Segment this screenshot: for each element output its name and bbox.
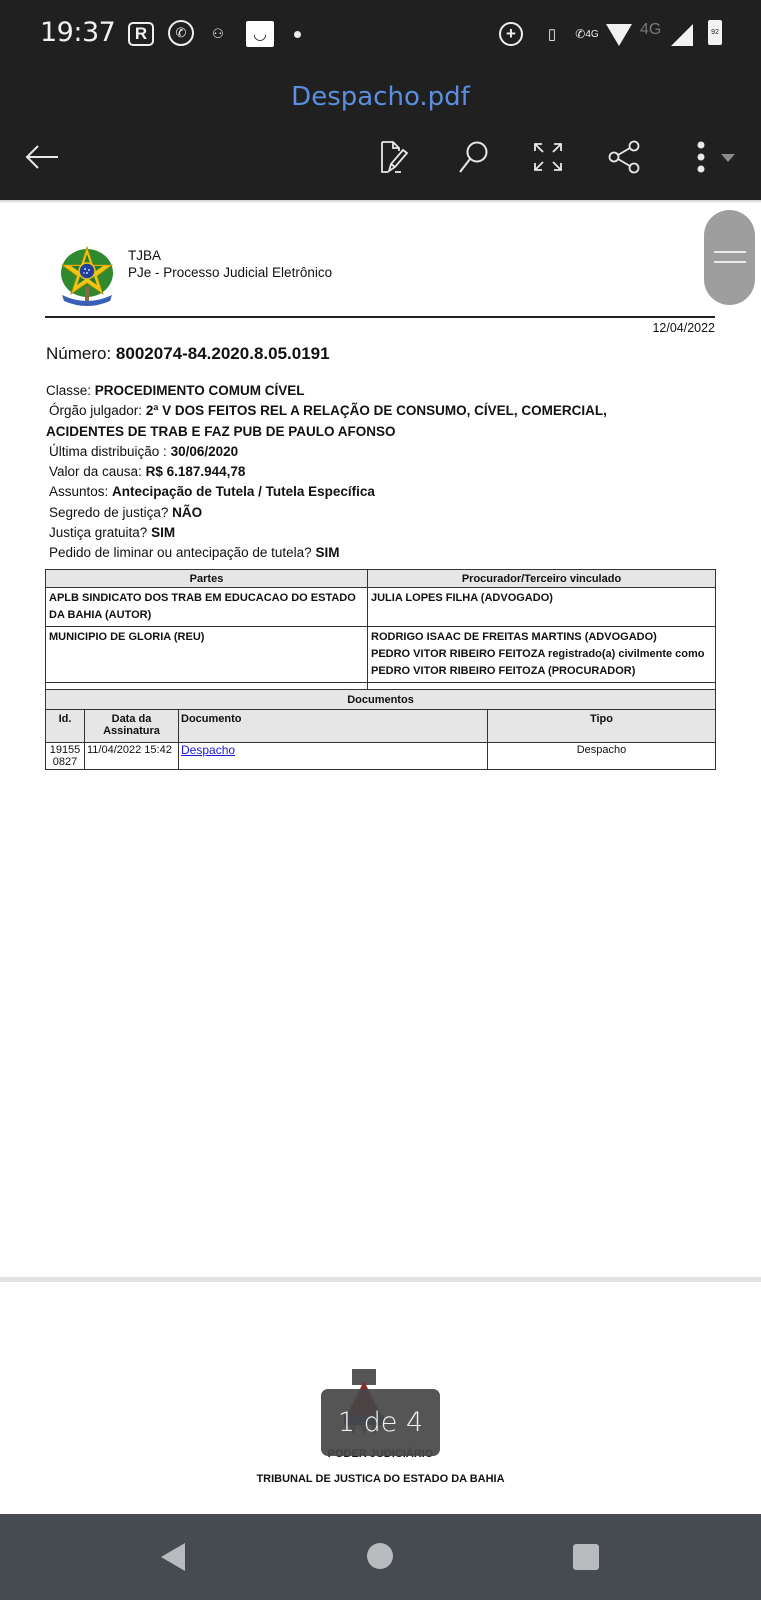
doc-date-cell: 11/04/2022 15:42: [85, 743, 179, 770]
navigation-bar: [0, 1514, 761, 1600]
more-vertical-icon: [696, 141, 706, 173]
field-segredo: Segredo de justiça? NÃO: [46, 503, 716, 523]
handle-grip-icon: [714, 251, 746, 253]
doc-type-cell: Despacho: [488, 743, 716, 770]
page-separator: [0, 1277, 761, 1282]
app-bar: Despacho.pdf: [0, 70, 761, 200]
page2-subheading: TRIBUNAL DE JUSTICA DO ESTADO DA BAHIA: [0, 1473, 761, 1483]
field-gratuita: Justiça gratuita? SIM: [46, 523, 716, 543]
edit-document-icon: [379, 140, 413, 174]
table-row: 19155 0827 11/04/2022 15:42 Despacho Des…: [46, 743, 716, 770]
signal-icon: [671, 24, 693, 46]
process-number-label: Número:: [46, 344, 111, 363]
field-label: Classe:: [46, 383, 91, 398]
party-cell: MUNICIPIO DE GLORIA (REU): [46, 627, 368, 683]
attorney-cell: JULIA LOPES FILHA (ADVOGADO): [368, 588, 716, 627]
status-bar: 19:37 R ✆ ⚇ ◡ + ▯ ✆4G 4G 92: [0, 0, 761, 70]
document-header: TJBA PJe - Processo Judicial Eletrônico: [52, 243, 712, 313]
documents-table: Documentos Id. Data da Assinatura Docume…: [45, 689, 716, 770]
field-assuntos: Assuntos: Antecipação de Tutela / Tutela…: [46, 482, 716, 502]
field-label: Órgão julgador:: [49, 403, 142, 418]
pdf-viewer[interactable]: TJBA PJe - Processo Judicial Eletrônico …: [0, 203, 761, 1483]
field-distribuicao: Última distribuição : 30/06/2020: [46, 442, 716, 462]
edit-button[interactable]: [374, 135, 418, 179]
volte-call-icon: ✆4G: [573, 20, 601, 48]
table-header-row: Partes Procurador/Terceiro vinculado: [46, 570, 716, 588]
share-button[interactable]: [602, 135, 646, 179]
org-name: TJBA: [128, 248, 161, 263]
field-orgao-cont: ACIDENTES DE TRAB E FAZ PUB DE PAULO AFO…: [46, 422, 716, 442]
whatsapp-icon: ✆: [168, 20, 194, 46]
nav-home-icon[interactable]: [367, 1543, 393, 1569]
brazil-coat-of-arms-icon: [56, 243, 118, 309]
field-value: SIM: [151, 525, 175, 540]
fullscreen-icon: [532, 141, 564, 173]
column-header: Data da Assinatura: [85, 710, 179, 743]
nav-back-icon[interactable]: [161, 1543, 185, 1571]
data-saver-icon: +: [499, 22, 523, 46]
column-header: Partes: [46, 570, 368, 588]
field-orgao: Órgão julgador: 2ª V DOS FEITOS REL A RE…: [46, 401, 716, 421]
wifi-icon: [606, 24, 632, 46]
header-divider: [45, 316, 715, 318]
field-valor: Valor da causa: R$ 6.187.944,78: [46, 462, 716, 482]
back-button[interactable]: [20, 135, 64, 179]
table-title: Documentos: [46, 690, 716, 710]
fullscreen-button[interactable]: [526, 135, 570, 179]
field-label: Justiça gratuita?: [49, 525, 147, 540]
field-value: PROCEDIMENTO COMUM CÍVEL: [95, 383, 305, 398]
field-label: Assuntos:: [49, 484, 108, 499]
field-value: ACIDENTES DE TRAB E FAZ PUB DE PAULO AFO…: [46, 424, 396, 439]
document-title: Despacho.pdf: [0, 82, 761, 112]
attorney-line: PEDRO VITOR RIBEIRO FEITOZA registrado(a…: [371, 646, 712, 680]
search-button[interactable]: [452, 135, 496, 179]
nav-recents-icon[interactable]: [573, 1544, 599, 1570]
column-header: Id.: [46, 710, 85, 743]
network-4g-icon: 4G: [640, 16, 661, 44]
system-name: PJe - Processo Judicial Eletrônico: [128, 265, 332, 280]
process-number: Número: 8002074-84.2020.8.05.0191: [46, 344, 330, 364]
search-icon: [457, 140, 491, 174]
print-date: 12/04/2022: [652, 321, 715, 335]
attorney-line: RODRIGO ISAAC DE FREITAS MARTINS (ADVOGA…: [371, 629, 712, 646]
fast-scroll-handle[interactable]: [704, 210, 755, 305]
arrow-left-icon: [24, 143, 60, 171]
column-header: Procurador/Terceiro vinculado: [368, 570, 716, 588]
field-value: Antecipação de Tutela / Tutela Específic…: [112, 484, 375, 499]
field-label: Última distribuição :: [49, 444, 167, 459]
notification-dot-icon: [294, 31, 301, 38]
document-link[interactable]: Despacho: [181, 743, 235, 757]
table-title-row: Documentos: [46, 690, 716, 710]
doc-name-cell: Despacho: [179, 743, 488, 770]
process-number-value: 8002074-84.2020.8.05.0191: [116, 344, 330, 363]
call-network-label: 4G: [585, 29, 598, 40]
share-icon: [607, 140, 641, 174]
field-value: 30/06/2020: [171, 444, 239, 459]
table-header-row: Id. Data da Assinatura Documento Tipo: [46, 710, 716, 743]
page-indicator: 1 de 4: [321, 1389, 440, 1456]
r-app-icon: R: [128, 22, 154, 46]
party-cell: APLB SINDICATO DOS TRAB EM EDUCACAO DO E…: [46, 588, 368, 627]
column-header: Documento: [179, 710, 488, 743]
process-info: Classe: PROCEDIMENTO COMUM CÍVEL Órgão j…: [46, 381, 716, 564]
field-liminar: Pedido de liminar ou antecipação de tute…: [46, 543, 716, 563]
field-value: NÃO: [172, 505, 202, 520]
doc-id-cell: 19155 0827: [46, 743, 85, 770]
battery-icon: 92: [708, 20, 722, 45]
field-classe: Classe: PROCEDIMENTO COMUM CÍVEL: [46, 381, 716, 401]
clock: 19:37: [40, 17, 115, 48]
field-value: 2ª V DOS FEITOS REL A RELAÇÃO DE CONSUMO…: [146, 403, 607, 418]
field-value: R$ 6.187.944,78: [146, 464, 246, 479]
field-label: Pedido de liminar ou antecipação de tute…: [49, 545, 312, 560]
camera-app-icon: ⚇: [210, 20, 226, 48]
dropdown-arrow-icon[interactable]: [721, 154, 735, 162]
vibrate-icon: ▯: [541, 20, 563, 48]
attorney-cell: RODRIGO ISAAC DE FREITAS MARTINS (ADVOGA…: [368, 627, 716, 683]
shopping-bag-icon: ◡: [246, 21, 274, 47]
field-value: SIM: [315, 545, 339, 560]
more-options-button[interactable]: [686, 135, 716, 179]
field-label: Valor da causa:: [49, 464, 142, 479]
handle-grip-icon: [714, 261, 746, 263]
table-row: MUNICIPIO DE GLORIA (REU) RODRIGO ISAAC …: [46, 627, 716, 683]
table-row: APLB SINDICATO DOS TRAB EM EDUCACAO DO E…: [46, 588, 716, 627]
column-header: Tipo: [488, 710, 716, 743]
field-label: Segredo de justiça?: [49, 505, 168, 520]
parties-table: Partes Procurador/Terceiro vinculado APL…: [45, 569, 716, 705]
